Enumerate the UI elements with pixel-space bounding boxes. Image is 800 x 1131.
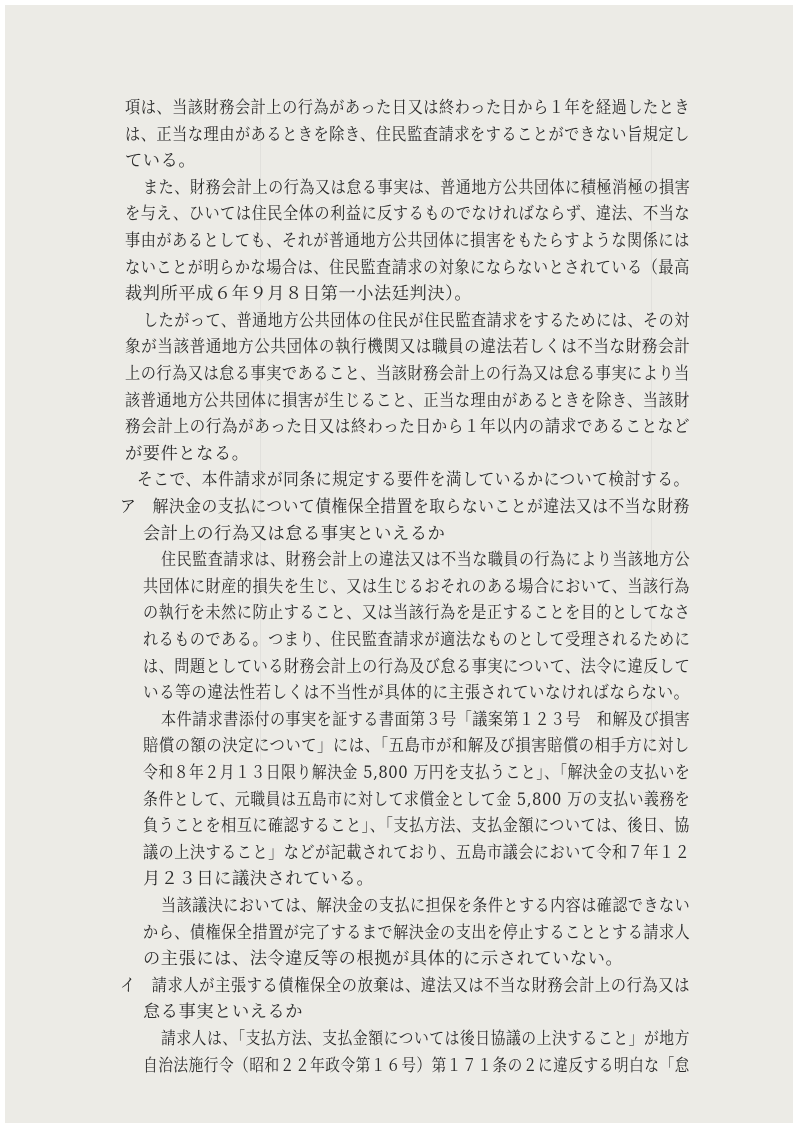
text-line: また、財務会計上の行為又は怠る事実は、普通地方公共団体に積極消極の損害 <box>143 177 690 199</box>
text-line: イ 請求人が主張する債権保全の放棄は、違法又は不当な財務会計上の行為又は <box>120 975 690 997</box>
text-line: ている。 <box>125 150 196 172</box>
text-line: 象が当該普通地方公共団体の執行機関又は職員の違法若しくは不当な財務会計 <box>125 336 690 358</box>
text-line: 条件として、元職員は五島市に対して求償金として金 5,800 万の支払い義務を <box>143 789 690 811</box>
text-line: いる等の違法性若しくは不当性が具体的に主張されていなければならない。 <box>143 682 690 704</box>
text-line: 上の行為又は怠る事実であること、当該財務会計上の行為又は怠る事実により当 <box>125 363 690 385</box>
text-line: 自治法施行令（昭和２２年政令第１６号）第１７１条の２に違反する明白な「怠 <box>143 1055 690 1077</box>
text-line: 請求人は、「支払方法、支払金額については後日協議の上決すること」が地方 <box>161 1028 690 1050</box>
text-line: の執行を未然に防止すること、又は当該行為を是正することを目的としてなさ <box>143 602 690 624</box>
text-line: れるものである。つまり、住民監査請求が適法なものとして受理されるために <box>143 629 690 651</box>
text-line: 議の上決すること」などが記載されており、五島市議会において令和７年１２ <box>143 842 690 864</box>
text-line: 月２３日に議決されている。 <box>143 868 374 890</box>
text-line: 務会計上の行為があった日又は終わった日から１年以内の請求であることなど <box>125 416 690 438</box>
text-line: は、問題としている財務会計上の行為及び怠る事実について、法令に違反して <box>143 656 690 678</box>
text-line: 該普通地方公共団体に損害が生じること、正当な理由があるときを除き、当該財 <box>125 390 690 412</box>
text-line: 項は、当該財務会計上の行為があった日又は終わった日から１年を経過したとき <box>125 97 690 119</box>
text-line: 賠償の額の決定について」には、「五島市が和解及び損害賠償の相手方に対し <box>143 735 690 757</box>
text-line: を与え、ひいては住民全体の利益に反するものでなければならず、違法、不当な <box>125 203 690 225</box>
text-line: 本件請求書添付の事実を証する書面第３号「議案第１２３号 和解及び損害 <box>161 709 690 731</box>
text-line: ア 解決金の支払について債権保全措置を取らないことが違法又は不当な財務 <box>120 496 690 518</box>
text-line: 共団体に財産的損失を生じ、又は生じるおそれのある場合において、当該行為 <box>143 576 690 598</box>
text-line: 怠る事実といえるか <box>143 1001 303 1023</box>
text-line: 裁判所平成６年９月８日第一小法廷判決）。 <box>125 283 472 305</box>
scanned-page: 項は、当該財務会計上の行為があった日又は終わった日から１年を経過したときは、正当… <box>5 5 793 1123</box>
text-line: 事由があるとしても、それが普通地方公共団体に損害をもたらすような関係には <box>125 230 690 252</box>
text-line: から、債権保全措置が完了するまで解決金の支出を停止することとする請求人 <box>143 922 690 944</box>
text-line: が要件となる。 <box>125 443 250 465</box>
text-line: 会計上の行為又は怠る事実といえるか <box>143 523 445 545</box>
text-line: 住民監査請求は、財務会計上の違法又は不当な職員の行為により当該地方公 <box>161 549 690 571</box>
text-line: 令和８年２月１３日限り解決金 5,800 万円を支払うこと」、「解決金の支払いを <box>143 762 690 784</box>
text-line: 負うことを相互に確認すること」、「支払方法、支払金額については、後日、協 <box>143 815 690 837</box>
text-line: は、正当な理由があるときを除き、住民監査請求をすることができない旨規定し <box>125 124 690 146</box>
text-line: ないことが明らかな場合は、住民監査請求の対象にならないとされている（最高 <box>125 257 690 279</box>
text-line: そこで、本件請求が同条に規定する要件を満しているかについて検討する。 <box>137 469 690 491</box>
text-line: 当該議決においては、解決金の支払に担保を条件とする内容は確認できない <box>161 895 690 917</box>
text-line: の主張には、法令違反等の根拠が具体的に示されていない。 <box>143 948 623 970</box>
text-line: したがって、普通地方公共団体の住民が住民監査請求をするためには、その対 <box>143 310 690 332</box>
